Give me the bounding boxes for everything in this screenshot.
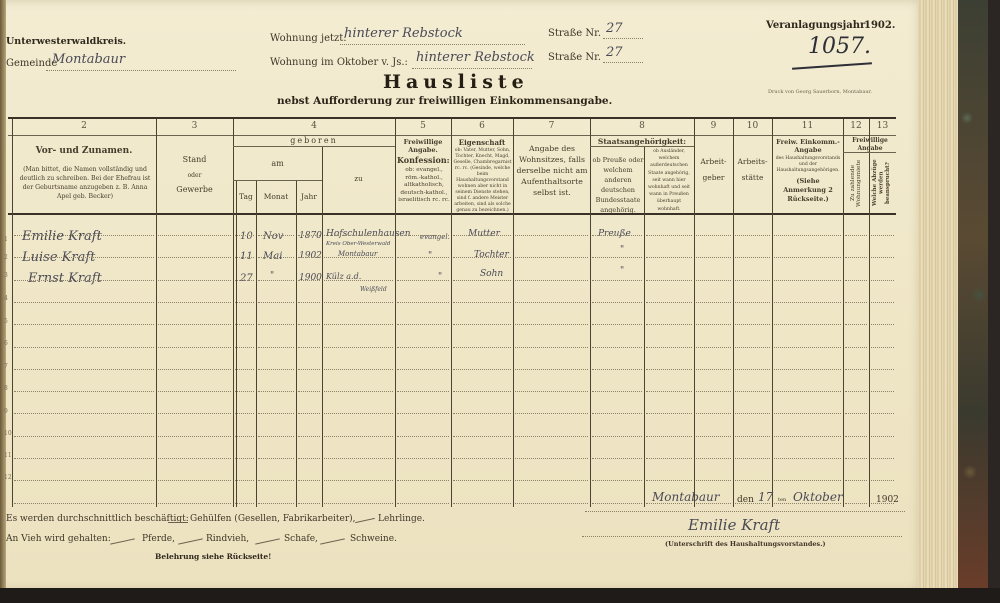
row-rule xyxy=(235,391,254,392)
birthplace-detail: Weißfeld xyxy=(360,286,387,293)
row-rule xyxy=(298,369,320,370)
income-reference: (Siehe Anmerkung 2 Rückseite.) xyxy=(776,177,840,204)
row-rule xyxy=(14,324,154,325)
row-rule xyxy=(324,436,393,437)
row-rule xyxy=(453,480,511,481)
apprentices-label: Lehrlinge. xyxy=(378,514,425,524)
row-rule xyxy=(774,391,841,392)
column-number: 12 xyxy=(843,121,869,131)
row-rule xyxy=(646,324,692,325)
document-page: Unterwesterwaldkreis. Gemeinde Montabaur… xyxy=(0,0,925,590)
row-rule xyxy=(397,369,449,370)
row-rule xyxy=(696,235,731,236)
row-rule xyxy=(735,413,770,414)
row-rule xyxy=(14,413,154,414)
row-number: 4 xyxy=(4,295,8,302)
row-rule xyxy=(14,347,154,348)
row-rule xyxy=(258,391,294,392)
column-number: 3 xyxy=(156,121,233,131)
person-name: Emilie Kraft xyxy=(22,229,102,244)
birth-year: 1870 xyxy=(299,231,322,241)
row-rule xyxy=(696,324,731,325)
col-divider xyxy=(772,119,773,507)
row-rule xyxy=(324,413,393,414)
property-note: ob: Vater, Mutter, Sohn, Tochter, Knecht… xyxy=(453,148,512,214)
row-rule xyxy=(397,347,449,348)
row-rule xyxy=(696,436,731,437)
day-header: Tag xyxy=(235,192,257,201)
col-divider xyxy=(451,119,452,507)
born-divider xyxy=(233,146,395,147)
row-rule xyxy=(235,458,254,459)
row-rule xyxy=(298,503,320,504)
occupation-header-3: Gewerbe xyxy=(158,185,231,194)
row-rule xyxy=(298,458,320,459)
row-rule xyxy=(158,458,231,459)
row-rule xyxy=(735,391,770,392)
row-rule xyxy=(324,503,393,504)
row-rule xyxy=(453,302,511,303)
row-number: 5 xyxy=(4,318,8,325)
employer-header-2: geber xyxy=(694,173,733,182)
deductions-header: Welche Abzüge werden beansprucht? xyxy=(872,155,894,211)
street-no-2-field: 27 xyxy=(603,46,643,63)
street-no-1-field: 27 xyxy=(603,22,643,39)
row-rule xyxy=(324,324,393,325)
row-rule xyxy=(592,458,642,459)
col-divider xyxy=(296,181,297,507)
row-rule xyxy=(735,480,770,481)
birth-year: 1900 xyxy=(299,273,322,283)
residence-now-value: hinterer Rebstock xyxy=(344,26,463,41)
col-divider xyxy=(322,147,323,507)
row-rule xyxy=(14,302,154,303)
born-header: geboren xyxy=(233,136,395,145)
col-divider xyxy=(395,119,396,507)
row-rule xyxy=(646,458,692,459)
citizenship: Preuße xyxy=(598,229,631,239)
row-rule xyxy=(397,324,449,325)
citizenship-title: Staatsangehörigkeit: xyxy=(592,137,692,146)
workplace-header-2: stätte xyxy=(733,173,772,182)
street-label-2: Straße Nr. xyxy=(548,52,601,63)
row-number: 3 xyxy=(4,272,8,279)
row-rule xyxy=(158,235,231,236)
row-rule xyxy=(258,347,294,348)
row-rule xyxy=(845,257,867,258)
row-rule xyxy=(592,280,642,281)
row-rule xyxy=(696,391,731,392)
citizenship-foreign-header: ob Ausländer, welchem außerdeutschen Sta… xyxy=(645,148,693,213)
row-rule xyxy=(158,436,231,437)
row-rule xyxy=(845,280,867,281)
row-rule xyxy=(324,347,393,348)
col-divider xyxy=(513,119,514,507)
cattle-blank xyxy=(178,538,203,544)
municipality-field: Montabaur xyxy=(46,52,236,71)
rent-header: Zu zahlende Wohnungsmiete xyxy=(850,155,862,211)
voluntary-divider xyxy=(843,152,896,153)
row-rule xyxy=(646,257,692,258)
row-rule xyxy=(235,280,254,281)
confession: " xyxy=(428,251,432,261)
row-rule xyxy=(397,458,449,459)
row-rule xyxy=(397,280,449,281)
row-number: 11 xyxy=(4,452,12,459)
row-rule xyxy=(158,369,231,370)
row-rule xyxy=(298,436,320,437)
row-rule xyxy=(158,391,231,392)
row-rule xyxy=(696,413,731,414)
row-rule xyxy=(696,458,731,459)
assistants-blank xyxy=(168,522,188,523)
row-rule xyxy=(14,235,154,236)
row-rule xyxy=(515,458,588,459)
residence-now-field: hinterer Rebstock xyxy=(340,26,525,45)
row-rule xyxy=(453,280,511,281)
row-rule xyxy=(515,302,588,303)
signing-place: Montabaur xyxy=(652,490,720,504)
row-rule xyxy=(235,324,254,325)
confession-label: Konfession: xyxy=(397,156,449,165)
row-rule xyxy=(515,347,588,348)
row-number: 10 xyxy=(4,430,12,437)
residence-october-label: Wohnung im Oktober v. Js.: xyxy=(270,57,408,68)
row-rule xyxy=(845,480,867,481)
row-rule xyxy=(646,480,692,481)
row-rule xyxy=(592,324,642,325)
row-rule xyxy=(235,235,254,236)
row-rule xyxy=(871,391,894,392)
income-title: Freiw. Einkomm.-Angabe xyxy=(774,138,842,154)
row-rule xyxy=(845,235,867,236)
income-note: des Haushaltungsvorstands und der Hausha… xyxy=(774,156,842,174)
row-rule xyxy=(774,480,841,481)
cattle-label: Rindvieh, xyxy=(206,534,249,544)
row-rule xyxy=(646,235,692,236)
row-rule xyxy=(235,347,254,348)
row-rule xyxy=(774,257,841,258)
occupation-header-2: oder xyxy=(158,171,231,180)
signature: Emilie Kraft xyxy=(688,516,780,534)
row-rule xyxy=(845,391,867,392)
printer-note: Druck von Georg Sauerborn, Montabaur. xyxy=(768,89,872,95)
column-number-divider xyxy=(8,135,896,136)
row-rule xyxy=(453,503,511,504)
row-rule xyxy=(871,235,894,236)
born-on-divider xyxy=(233,180,322,181)
row-rule xyxy=(158,503,231,504)
row-rule xyxy=(774,436,841,437)
pigs-blank xyxy=(320,538,345,544)
residence-now-label: Wohnung jetzt: xyxy=(270,33,347,44)
assessment-year-label: Veranlagungsjahr xyxy=(766,20,865,31)
row-rule xyxy=(453,369,511,370)
row-rule xyxy=(235,413,254,414)
row-rule xyxy=(235,480,254,481)
row-rule xyxy=(258,436,294,437)
family-role: Tochter xyxy=(474,250,509,260)
column-number: 10 xyxy=(733,121,772,131)
row-rule xyxy=(592,369,642,370)
row-rule xyxy=(592,391,642,392)
row-rule xyxy=(258,458,294,459)
row-rule xyxy=(774,347,841,348)
row-rule xyxy=(845,347,867,348)
signature-caption: (Unterschrift des Haushaltungsvorstandes… xyxy=(665,540,826,548)
row-rule xyxy=(453,235,511,236)
row-rule xyxy=(646,391,692,392)
row-rule xyxy=(298,413,320,414)
row-rule xyxy=(158,302,231,303)
row-rule xyxy=(871,257,894,258)
row-rule xyxy=(397,503,449,504)
row-rule xyxy=(14,503,154,504)
row-number: 6 xyxy=(4,340,8,347)
book-cover-marbled xyxy=(958,0,988,590)
row-rule xyxy=(515,391,588,392)
row-number: 2 xyxy=(4,254,8,261)
assistants-label: Gehülfen (Gesellen, Fabrikarbeiter), xyxy=(190,514,356,524)
row-rule xyxy=(871,324,894,325)
row-rule xyxy=(845,458,867,459)
row-rule xyxy=(235,369,254,370)
row-rule xyxy=(592,302,642,303)
row-rule xyxy=(774,413,841,414)
row-rule xyxy=(592,480,642,481)
ten-label: ten xyxy=(778,497,786,503)
row-rule xyxy=(592,347,642,348)
occupation-header-1: Stand xyxy=(158,155,231,164)
row-rule xyxy=(845,436,867,437)
row-rule xyxy=(258,302,294,303)
sheep-blank xyxy=(255,538,280,544)
row-rule xyxy=(871,302,894,303)
den-label: den xyxy=(737,495,754,505)
row-rule xyxy=(235,257,254,258)
row-number: 7 xyxy=(4,363,8,370)
row-rule xyxy=(397,302,449,303)
row-rule xyxy=(14,458,154,459)
row-rule xyxy=(871,347,894,348)
birth-year: 1902 xyxy=(299,251,322,261)
column-number: 13 xyxy=(869,121,896,131)
birth-day: 10 xyxy=(240,231,253,242)
row-rule xyxy=(324,280,393,281)
row-rule xyxy=(298,480,320,481)
family-role: Sohn xyxy=(480,269,503,279)
row-rule xyxy=(14,257,154,258)
citizenship-prussia-header: ob Preuße oder welchem anderen deutschen… xyxy=(592,155,644,215)
row-rule xyxy=(258,480,294,481)
residence-header: Angabe des Wohnsitzes, falls derselbe ni… xyxy=(515,143,589,198)
row-rule xyxy=(871,413,894,414)
assessment-year-value: 1902. xyxy=(864,20,895,31)
row-number: 1 xyxy=(4,236,8,243)
row-rule xyxy=(453,391,511,392)
row-rule xyxy=(592,413,642,414)
row-rule xyxy=(397,257,449,258)
row-rule xyxy=(298,391,320,392)
names-header: Vor- und Zunamen. xyxy=(16,147,152,156)
row-rule xyxy=(397,480,449,481)
row-rule xyxy=(158,324,231,325)
row-rule xyxy=(14,436,154,437)
row-rule xyxy=(324,480,393,481)
birthplace-detail: Kreis Ober-Westerwald xyxy=(326,241,390,247)
citizenship-divider xyxy=(590,146,694,147)
row-rule xyxy=(696,257,731,258)
row-rule xyxy=(646,347,692,348)
residence-october-field: hinterer Rebstock xyxy=(412,50,532,69)
row-rule xyxy=(646,280,692,281)
row-rule xyxy=(735,458,770,459)
row-rule xyxy=(592,235,642,236)
row-rule xyxy=(515,369,588,370)
family-role: Mutter xyxy=(468,229,500,239)
row-rule xyxy=(515,280,588,281)
column-number: 7 xyxy=(513,121,590,131)
form-subtitle: nebst Aufforderung zur freiwilligen Eink… xyxy=(277,95,612,107)
row-rule xyxy=(324,302,393,303)
row-number: 9 xyxy=(4,408,8,415)
header-bottom-rule xyxy=(8,213,896,215)
birthplace: Hofschulenhausen xyxy=(326,229,411,239)
row-rule xyxy=(235,503,254,504)
born-at-header: zu xyxy=(322,175,395,184)
row-rule xyxy=(235,302,254,303)
column-number: 9 xyxy=(694,121,733,131)
list-number: 1057. xyxy=(808,34,871,59)
row-rule xyxy=(515,503,588,504)
row-rule xyxy=(298,257,320,258)
row-rule xyxy=(324,458,393,459)
citizenship: " xyxy=(620,245,624,255)
column-number: 6 xyxy=(451,121,513,131)
signing-month: Oktober xyxy=(793,490,843,504)
row-rule xyxy=(453,324,511,325)
col-divider xyxy=(12,119,13,507)
row-rule xyxy=(158,280,231,281)
row-rule xyxy=(646,413,692,414)
row-rule xyxy=(774,324,841,325)
row-rule xyxy=(845,324,867,325)
row-rule xyxy=(397,413,449,414)
workplace-header-1: Arbeits- xyxy=(733,157,772,166)
row-rule xyxy=(696,480,731,481)
livestock-label: An Vieh wird gehalten: xyxy=(6,534,111,544)
row-rule xyxy=(453,436,511,437)
household-table: 2 3 4 5 6 7 8 9 10 11 12 13 Vor- und Zun… xyxy=(8,117,896,507)
row-rule xyxy=(158,480,231,481)
row-rule xyxy=(324,391,393,392)
row-rule xyxy=(453,257,511,258)
book-bottom-shadow xyxy=(0,588,1000,603)
row-number: 12 xyxy=(4,474,12,481)
row-rule xyxy=(324,235,393,236)
employed-label: Es werden durchschnittlich beschäftigt: xyxy=(6,514,189,524)
row-rule xyxy=(592,257,642,258)
person-name: Ernst Kraft xyxy=(28,271,102,286)
row-rule xyxy=(453,347,511,348)
row-rule xyxy=(324,369,393,370)
sheep-label: Schafe, xyxy=(284,534,318,544)
row-rule xyxy=(298,302,320,303)
row-rule xyxy=(871,280,894,281)
row-rule xyxy=(845,302,867,303)
column-number: 8 xyxy=(590,121,694,131)
row-rule xyxy=(774,280,841,281)
row-rule xyxy=(397,436,449,437)
row-rule xyxy=(14,480,154,481)
apprentices-blank xyxy=(355,518,375,523)
confession-title: Freiwillige Angabe. xyxy=(397,138,449,154)
month-header: Monat xyxy=(256,192,296,201)
birth-month: Nov xyxy=(263,231,283,242)
col-divider xyxy=(869,119,870,507)
row-rule xyxy=(158,257,231,258)
street-label-1: Straße Nr. xyxy=(548,28,601,39)
row-rule xyxy=(324,257,393,258)
born-on-header: am xyxy=(233,159,322,168)
column-number: 4 xyxy=(233,121,395,131)
row-rule xyxy=(258,324,294,325)
row-rule xyxy=(871,458,894,459)
signing-year: 1902 xyxy=(876,495,899,505)
col-divider xyxy=(843,119,844,507)
row-rule xyxy=(871,436,894,437)
form-title: Hausliste xyxy=(383,71,529,93)
row-rule xyxy=(453,458,511,459)
row-rule xyxy=(158,413,231,414)
district-label: Unterwesterwaldkreis. xyxy=(6,36,126,47)
column-number: 5 xyxy=(395,121,451,131)
row-rule xyxy=(774,235,841,236)
row-rule xyxy=(735,347,770,348)
row-rule xyxy=(14,391,154,392)
employer-header-1: Arbeit- xyxy=(694,157,733,166)
row-rule xyxy=(696,302,731,303)
row-rule xyxy=(258,280,294,281)
row-rule xyxy=(774,458,841,459)
row-rule xyxy=(735,235,770,236)
row-rule xyxy=(515,413,588,414)
row-rule xyxy=(515,480,588,481)
row-rule xyxy=(592,436,642,437)
instruction-note: Belehrung siehe Rückseite! xyxy=(155,552,271,561)
row-rule xyxy=(258,413,294,414)
column-number: 11 xyxy=(772,121,843,131)
row-rule xyxy=(646,436,692,437)
row-rule xyxy=(735,436,770,437)
row-rule xyxy=(735,369,770,370)
pigs-label: Schweine. xyxy=(350,534,397,544)
column-number: 2 xyxy=(12,121,156,131)
row-rule xyxy=(235,436,254,437)
row-rule xyxy=(298,324,320,325)
book-page-edges xyxy=(918,0,961,592)
signing-day: 17 xyxy=(758,490,773,504)
row-rule xyxy=(298,280,320,281)
row-rule xyxy=(397,391,449,392)
row-number: 8 xyxy=(4,385,8,392)
list-number-underline xyxy=(792,62,872,70)
horses-blank xyxy=(110,538,135,544)
col-divider xyxy=(156,119,157,507)
row-rule xyxy=(515,235,588,236)
names-note: (Man bittet, die Namen vollständig und d… xyxy=(16,165,154,201)
row-rule xyxy=(397,235,449,236)
